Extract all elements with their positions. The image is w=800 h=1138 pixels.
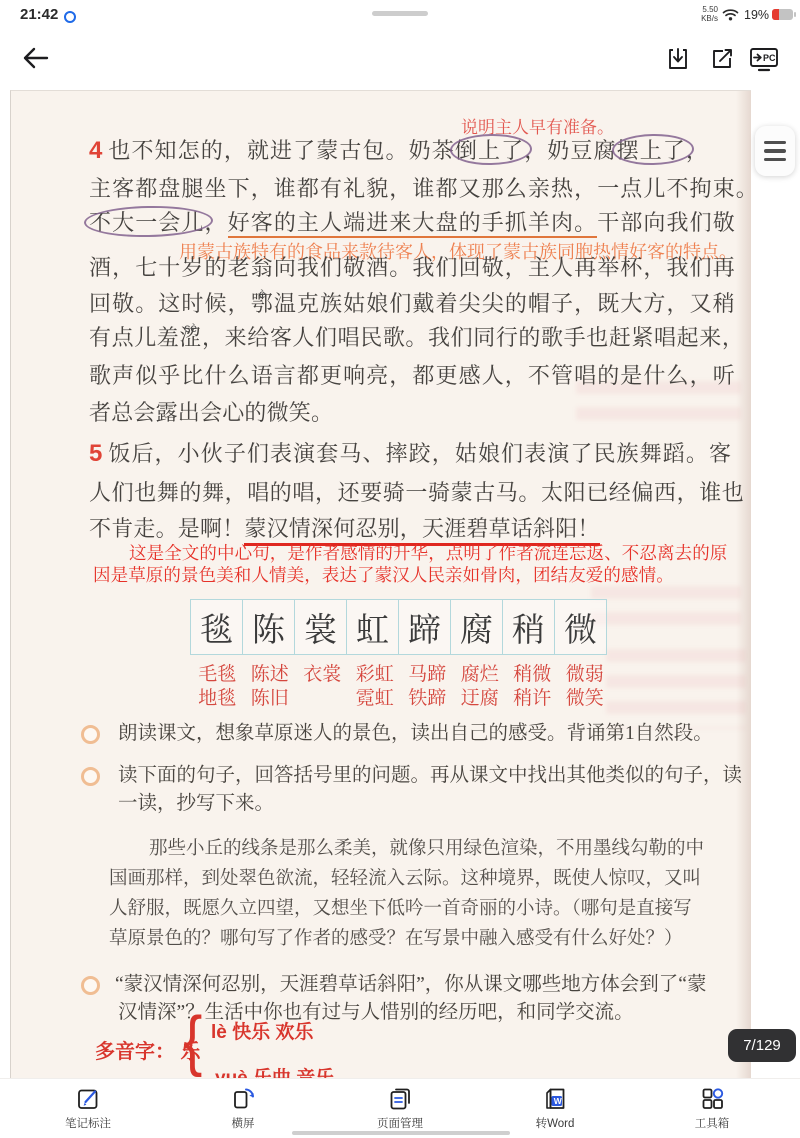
toolbar-label: 笔记标注 [33, 1115, 143, 1131]
bottom-toolbar: 笔记标注 横屏 页面管理 W 转Word [0, 1078, 800, 1138]
exercise3-line1: “蒙汉情深何忍别，天涯碧草话斜阳”，你从课文哪些地方体会到了“蒙 [115, 971, 706, 999]
word-list-row1: 毛毯陈述衣裳彩虹马蹄腐烂稍微微弱 [191, 659, 611, 686]
toolbox-button[interactable]: 工具箱 [657, 1085, 767, 1131]
camera-cutout [372, 11, 428, 16]
notification-dot-icon [64, 11, 76, 23]
para4-line7: 歌声似乎比什么语言都更响亮，都更感人，不管唱的是什么，听 [89, 361, 736, 391]
word-doc-icon: W [542, 1085, 569, 1112]
passage-line1: 那些小丘的线条是那么柔美，就像只用绿色渲染，不用墨线勾勒的中 [149, 835, 704, 863]
para4-line8: 者总会露出会心的微笑。 [89, 398, 333, 428]
grid-char: 微 [554, 599, 607, 655]
passage-line4: 草原景色的？哪句写了作者的感受？在写景中融入感受有什么好处？） [109, 925, 683, 953]
toolbar-label: 横屏 [188, 1115, 298, 1131]
toolbox-grid-icon [699, 1085, 726, 1112]
para4-line6: 有点儿羞涩，来给客人们唱民歌。我们同行的歌手也赶紧唱起来， [89, 323, 744, 353]
para4-line4: 酒，七十岁的老翁向我们敬酒。我们回敬，主人再举杯，我们再 [89, 253, 736, 283]
toolbar-label: 工具箱 [657, 1115, 767, 1131]
battery-percent: 19% [744, 8, 769, 22]
page-manage-button[interactable]: 页面管理 [345, 1085, 455, 1131]
toolbar-label: 页面管理 [345, 1115, 455, 1131]
grid-char: 腐 [450, 599, 503, 655]
document-page[interactable]: 说明主人早有准备。 4也不知怎的，就进了蒙古包。奶茶倒上了，奶豆腐摆上了， 主客… [10, 90, 751, 1079]
bleed-through-text [606, 649, 746, 729]
passage-line3: 人舒服，既愿久立四望，又想坐下低吟一首奇丽的小诗。（哪句是直接写 [109, 895, 692, 923]
margin-note-center-line2: 因是草原的景色美和人情美，表达了蒙汉人民亲如骨肉，团结友爱的感情。 [93, 562, 674, 587]
share-edit-button[interactable] [709, 46, 735, 72]
exercise2-line2: 一读，抄写下来。 [118, 790, 274, 818]
word-letter: W [553, 1096, 562, 1106]
note-pencil-icon [75, 1085, 102, 1112]
bleed-through-text [591, 586, 741, 626]
exercise2-line1: 读下面的句子，回答括号里的问题。再从课文中找出其他类似的句子，读 [118, 762, 742, 790]
para-number: 4 [89, 137, 102, 164]
hamburger-icon [764, 141, 786, 145]
circled-phrase: 摆上了 [617, 138, 686, 163]
para5-line2: 人们也舞的舞，唱的唱，还要骑一骑蒙古马。太阳已经偏西，谁也 [89, 478, 744, 508]
para4-line1: 4也不知怎的，就进了蒙古包。奶茶倒上了，奶豆腐摆上了， [89, 136, 709, 166]
handwriting-le-words: lè 快乐 欢乐 [211, 1017, 313, 1044]
handwriting-yue-words: yuè 乐曲 音乐 [215, 1063, 334, 1079]
handwriting-brace: { [183, 1002, 202, 1079]
network-speed: 5.50 KB/s [694, 5, 718, 23]
passage-line2: 国画那样，到处翠色欲流，轻轻流入云际。这种境界，既使人惊叹，又叫 [109, 865, 701, 893]
exercise-bullet-icon [81, 725, 100, 744]
gesture-bar[interactable] [292, 1131, 510, 1135]
exercise-bullet-icon [81, 767, 100, 786]
grid-char: 陈 [242, 599, 295, 655]
circled-phrase: 不大一会儿 [89, 210, 205, 235]
battery-icon [772, 9, 793, 20]
page-edge-shadow [736, 91, 751, 1079]
screen: 21:42 5.50 KB/s 19% PC [0, 0, 800, 1138]
para4-line3: 不大一会儿，好客的主人端进来大盘的手抓羊肉。干部向我们敬 [89, 208, 736, 238]
battery-nub [794, 12, 796, 17]
orange-underlined-phrase: 好客的主人端进来大盘的手抓羊肉。 [228, 210, 598, 238]
send-to-pc-button[interactable]: PC [748, 45, 780, 73]
network-speed-value: 5.50 [694, 5, 718, 14]
network-speed-unit: KB/s [694, 14, 718, 23]
exercise-bullet-icon [81, 976, 100, 995]
back-button[interactable] [20, 44, 50, 72]
notes-annotate-button[interactable]: 笔记标注 [33, 1085, 143, 1131]
grid-char: 蹄 [398, 599, 451, 655]
para5-line1: 5饭后，小伙子们表演套马、摔跤，姑娘们表演了民族舞蹈。客 [89, 439, 732, 469]
pages-icon [387, 1085, 414, 1112]
convert-word-button[interactable]: W 转Word [500, 1085, 610, 1131]
para-number: 5 [89, 440, 102, 467]
rotate-screen-icon [230, 1085, 257, 1112]
circled-phrase: 倒上了 [455, 138, 524, 163]
grid-char: 毯 [190, 599, 243, 655]
page-indicator: 7/129 [728, 1029, 796, 1062]
grid-char: 稍 [502, 599, 555, 655]
grid-char: 裳 [294, 599, 347, 655]
new-character-grid: 毯 陈 裳 虹 蹄 腐 稍 微 [191, 599, 607, 655]
landscape-rotate-button[interactable]: 横屏 [188, 1085, 298, 1131]
download-button[interactable] [665, 46, 691, 72]
grid-char: 虹 [346, 599, 399, 655]
exercise1: 朗读课文，想象草原迷人的景色，读出自己的感受。背诵第1自然段。 [118, 720, 713, 748]
pc-icon-label: PC [763, 53, 776, 63]
word-list-row2: 地毯陈旧霓虹铁蹄迂腐稍许微笑 [191, 683, 611, 710]
pinyin-char: 涩 [179, 325, 202, 350]
toolbar-label: 转Word [500, 1115, 610, 1131]
wifi-icon [722, 8, 739, 22]
clock: 21:42 [20, 6, 58, 23]
pinyin-char: 鄂 [251, 291, 274, 316]
side-menu-button[interactable] [755, 126, 795, 176]
para4-line2: 主客都盘腿坐下，谁都有礼貌，谁都又那么亲热，一点儿不拘束。 [89, 174, 751, 204]
